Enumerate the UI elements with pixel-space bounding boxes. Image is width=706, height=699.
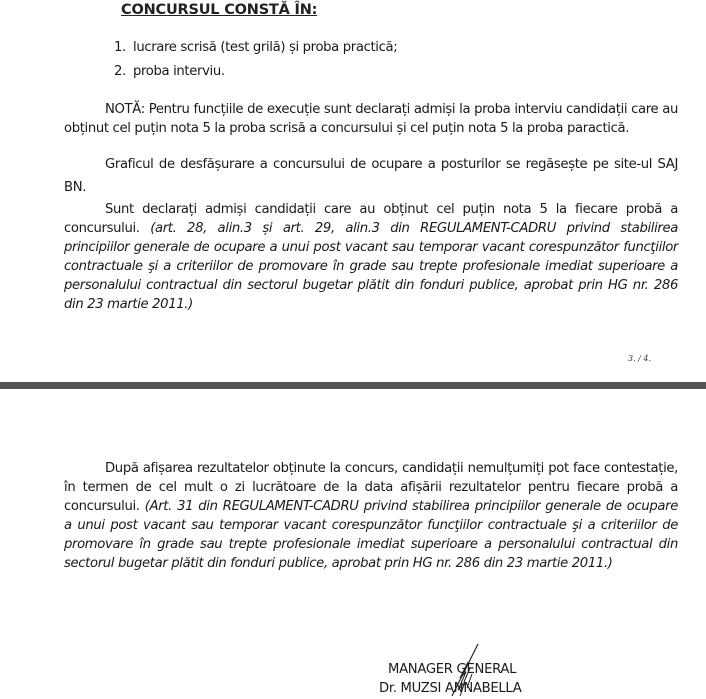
contest-line-3: concursului. (Art. 31 din REGULAMENT-CAD… [64,497,678,516]
contest-line-4: a unui post vacant sau temporar vacant c… [64,516,678,535]
contest-line-2: în termen de cel mult o zi lucrătoare de… [64,478,678,497]
admitted-line-4: contractuale şi a criteriilor de promova… [64,257,678,276]
page-number: 3. / 4. [628,354,651,363]
admitted-line-2: concursului. (art. 28, alin.3 și art. 29… [64,219,678,238]
contest-line-3-citation: (Art. 31 din REGULAMENT-CADRU privind st… [145,499,678,514]
admitted-line-2-citation: (art. 28, alin.3 și art. 29, alin.3 din … [150,221,678,236]
admitted-line-5: personalului contractual din sectorul bu… [64,276,678,295]
page-separator [0,382,706,389]
list-text: proba interviu. [133,64,225,79]
admitted-line-6: din 23 martie 2011.) [64,295,193,314]
list-number: 2. [114,62,133,81]
note-line-2: obținut cel puțin nota 5 la proba scrisă… [64,119,629,138]
list-number: 1. [114,38,133,57]
schedule-line-2: BN. [64,178,86,197]
schedule-line-1: Graficul de desfășurare a concursului de… [105,155,678,174]
list-item: 2.proba interviu. [114,62,225,81]
contest-line-3-plain: concursului. [64,499,145,514]
contest-line-6: sectorul bugetar plătit din fonduri publ… [64,554,613,573]
note-line-1: NOTĂ: Pentru funcțiile de execuție sunt … [105,100,678,119]
contest-line-1: După afișarea rezultatelor obținute la c… [105,459,678,478]
handwritten-signature-icon [430,642,500,699]
contest-line-5: promovare în grade sau trepte profesiona… [64,535,678,554]
section-heading: CONCURSUL CONSTĂ ÎN: [121,2,317,18]
admitted-line-1: Sunt declarați admiși candidații care au… [105,200,678,219]
list-item: 1.lucrare scrisă (test grilă) și proba p… [114,38,397,57]
admitted-line-3: principiilor generale de ocupare a unui … [64,238,678,257]
list-text: lucrare scrisă (test grilă) și proba pra… [133,40,397,55]
admitted-line-2-plain: concursului. [64,221,150,236]
